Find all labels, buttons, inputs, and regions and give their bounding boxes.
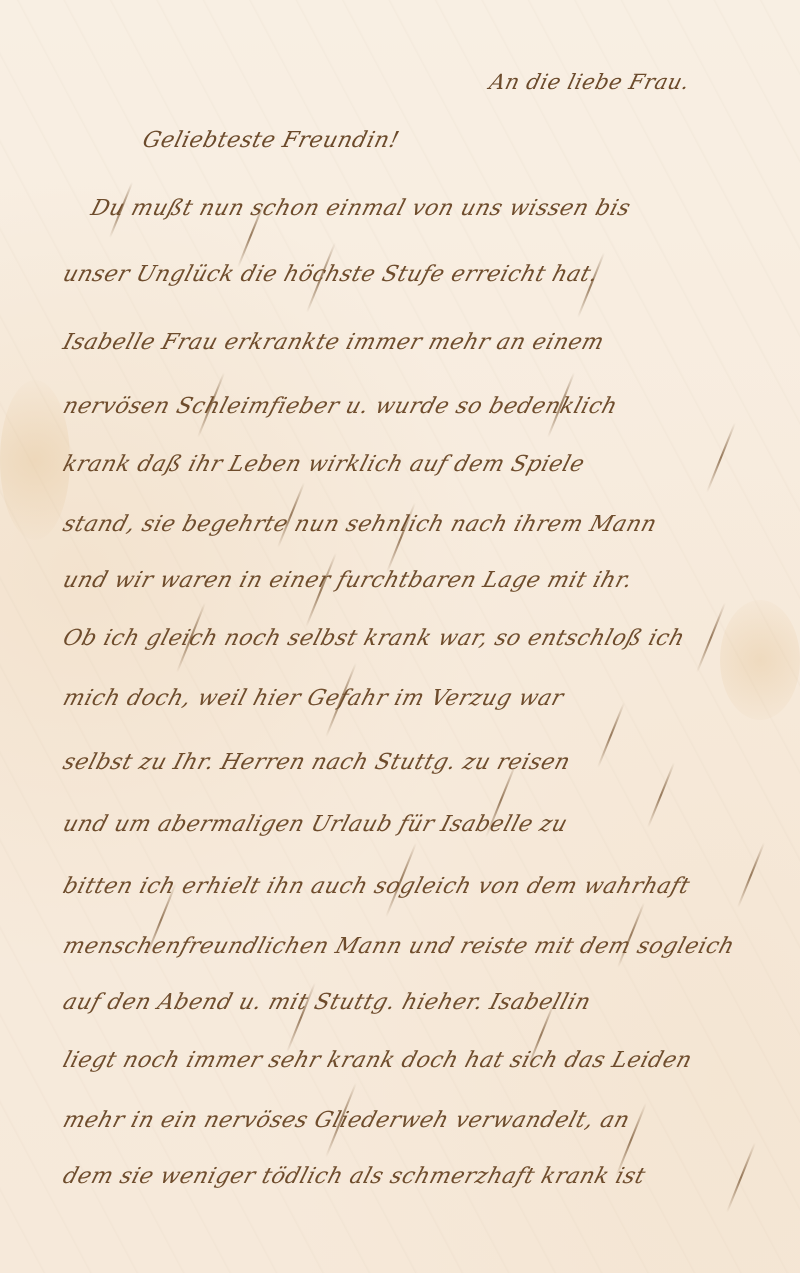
address-line: An die liebe Frau. bbox=[487, 70, 692, 94]
letter-line: auf den Abend u. mit Stuttg. hieher. Isa… bbox=[60, 990, 594, 1015]
letter-greeting: Geliebteste Freundin! bbox=[140, 128, 402, 153]
ink-stroke bbox=[597, 702, 625, 768]
letter-line: und wir waren in einer furchtbaren Lage … bbox=[60, 568, 635, 593]
ink-stroke bbox=[706, 422, 736, 492]
ink-stroke bbox=[647, 762, 675, 828]
letter-line: Du mußt nun schon einmal von uns wissen … bbox=[88, 196, 633, 221]
letter-line: dem sie weniger tödlich als schmerzhaft … bbox=[60, 1164, 648, 1189]
letter-line: krank daß ihr Leben wirklich auf dem Spi… bbox=[60, 452, 588, 477]
letter-line: unser Unglück die höchste Stufe erreicht… bbox=[60, 262, 601, 287]
ink-stroke bbox=[737, 842, 765, 908]
letter-line: mich doch, weil hier Gefahr im Verzug wa… bbox=[60, 686, 567, 711]
letter-line: Isabelle Frau erkrankte immer mehr an ei… bbox=[60, 330, 607, 355]
paper-stain bbox=[720, 600, 800, 720]
letter-line: bitten ich erhielt ihn auch sogleich von… bbox=[60, 874, 693, 899]
letter-line: stand, sie begehrte nun sehnlich nach ih… bbox=[60, 512, 660, 537]
paper-stain bbox=[0, 380, 70, 540]
letter-page: An die liebe Frau. Geliebteste Freundin!… bbox=[0, 0, 800, 1273]
letter-line: nervösen Schleimfieber u. wurde so beden… bbox=[60, 394, 620, 419]
letter-line: liegt noch immer sehr krank doch hat sic… bbox=[60, 1048, 695, 1073]
letter-line: Ob ich gleich noch selbst krank war, so … bbox=[60, 626, 688, 651]
letter-line: mehr in ein nervöses Gliederweh verwande… bbox=[60, 1108, 633, 1133]
letter-line: selbst zu Ihr. Herren nach Stuttg. zu re… bbox=[60, 750, 573, 775]
ink-stroke bbox=[726, 1142, 756, 1212]
letter-line: menschenfreundlichen Mann und reiste mit… bbox=[60, 934, 738, 959]
